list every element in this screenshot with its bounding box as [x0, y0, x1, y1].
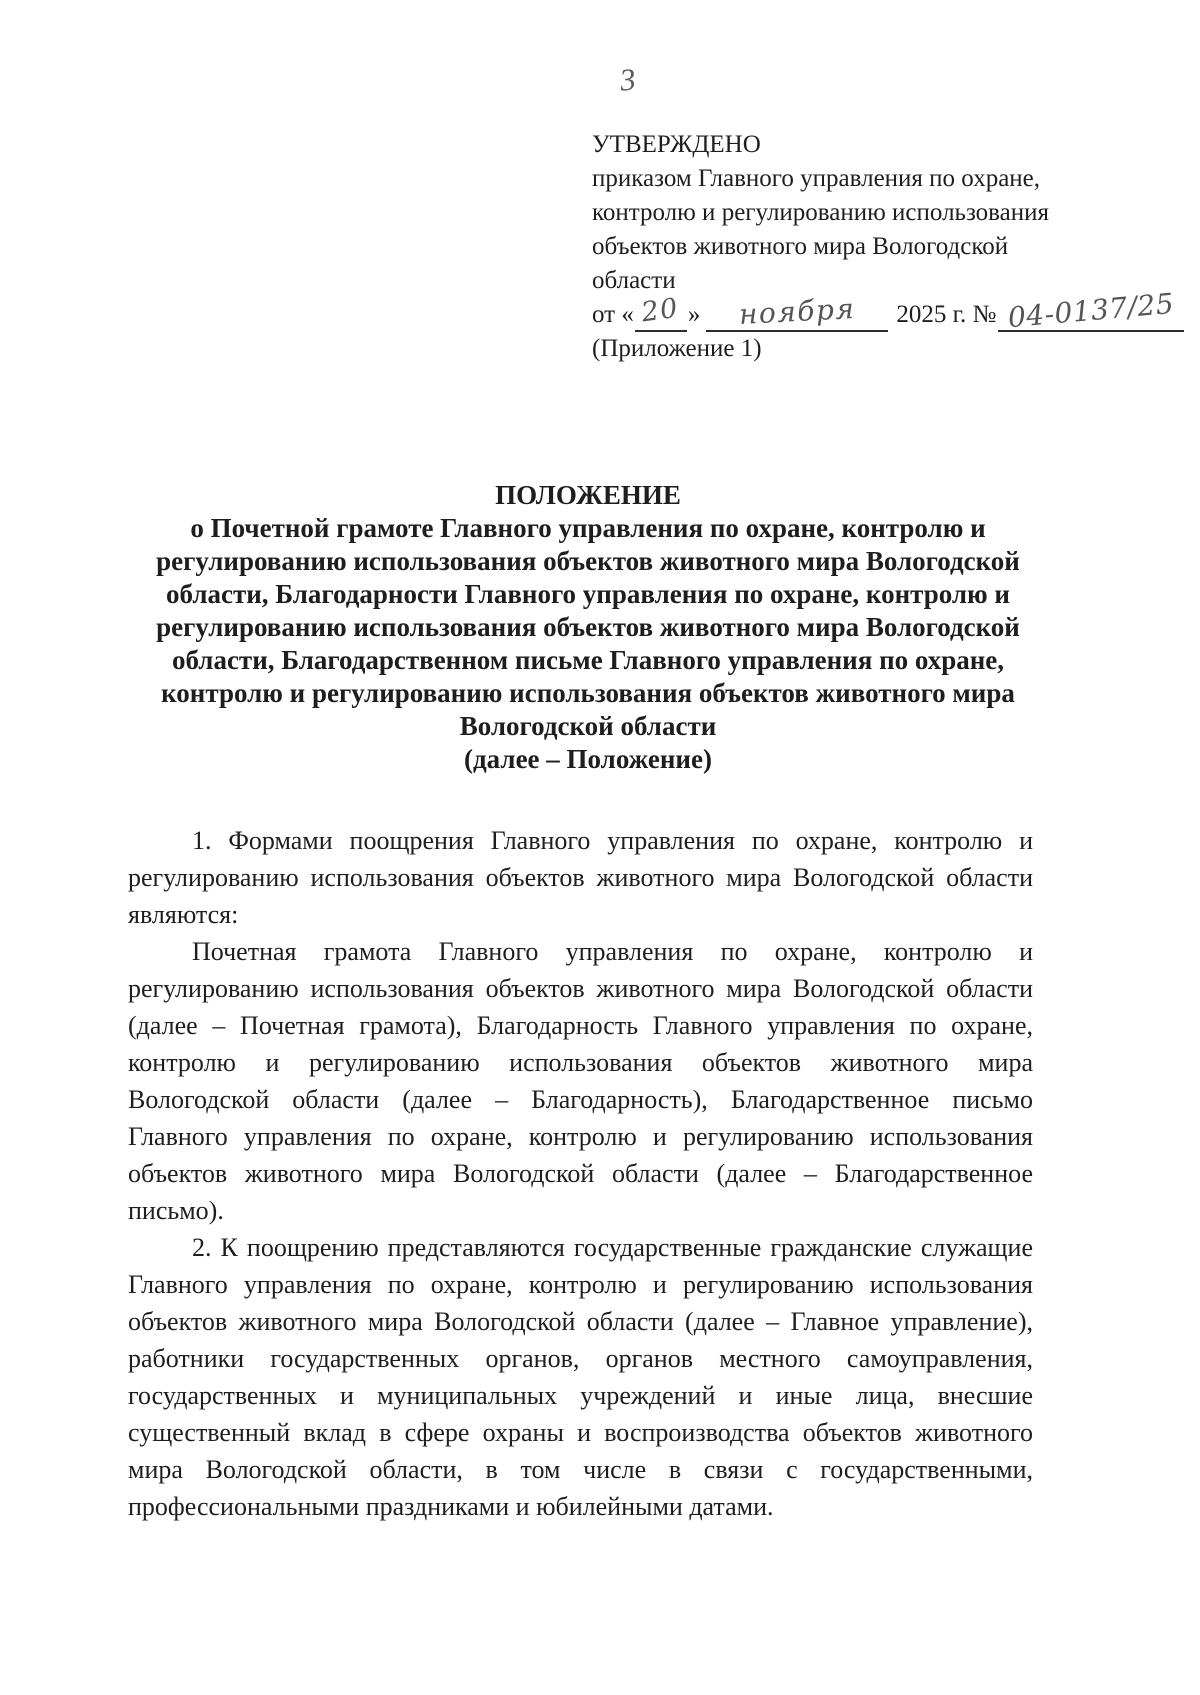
text-line: 2. К поощрению представляются государств…: [128, 1229, 1033, 1266]
date-close-quote: »: [688, 301, 701, 328]
text-line: регулированию использования объектов жив…: [128, 859, 1033, 896]
text-line: объектов животного мира Вологодской обла…: [128, 1155, 1033, 1192]
text-line: существенный вклад в сфере охраны и восп…: [128, 1414, 1033, 1451]
text-line: являются:: [128, 896, 1033, 933]
date-day-blank: 20: [635, 299, 687, 332]
date-year-label: 2025 г. №: [896, 301, 996, 328]
text-line: контролю и регулированию использования: [592, 196, 1152, 230]
text-line: Вологодской области (далее – Благодарнос…: [128, 1081, 1033, 1118]
body-text: 1. Формами поощрения Главного управления…: [128, 822, 1033, 1525]
text-line: Главного управления по охране, контролю …: [128, 1266, 1033, 1303]
document-page: 3 УТВЕРЖДЕНОприказом Главного управления…: [0, 0, 1200, 1695]
text-line: регулированию использования объектов жив…: [128, 611, 1048, 644]
text-line: Главного управления по охране, контролю …: [128, 1118, 1033, 1155]
doc-title: ПОЛОЖЕНИЕ: [128, 479, 1048, 512]
handwritten-day: 20: [640, 294, 681, 329]
text-line: Почетная грамота Главного управления по …: [128, 933, 1033, 970]
text-line: регулированию использования объектов жив…: [128, 545, 1048, 578]
text-line: государственных и муниципальных учрежден…: [128, 1377, 1033, 1414]
text-line: 1. Формами поощрения Главного управления…: [128, 822, 1033, 859]
text-line: объектов животного мира Вологодской обла…: [128, 1303, 1033, 1340]
approval-date-line: от «20»ноября2025 г. №04-0137/25: [592, 298, 1152, 332]
text-line: о Почетной грамоте Главного управления п…: [128, 512, 1048, 545]
text-line: области, Благодарственном письме Главног…: [128, 644, 1048, 677]
approval-block: УТВЕРЖДЕНОприказом Главного управления п…: [592, 128, 1152, 366]
text-line: контролю и регулированию использования о…: [128, 677, 1048, 710]
date-month-blank: ноября: [706, 298, 888, 332]
text-line: (далее – Почетная грамота), Благодарност…: [128, 1007, 1033, 1044]
text-line: объектов животного мира Вологодской: [592, 230, 1152, 264]
approval-lines: УТВЕРЖДЕНОприказом Главного управления п…: [592, 128, 1152, 298]
text-line: приказом Главного управления по охране,: [592, 162, 1152, 196]
title-block: ПОЛОЖЕНИЕ о Почетной грамоте Главного уп…: [128, 479, 1048, 776]
text-line: мира Вологодской области, в том числе в …: [128, 1451, 1033, 1488]
doc-subtitle: о Почетной грамоте Главного управления п…: [128, 512, 1048, 776]
appendix-note: (Приложение 1): [592, 332, 1152, 366]
text-line: (далее – Положение): [128, 743, 1048, 776]
page-number: 3: [618, 61, 637, 98]
text-line: письмо).: [128, 1192, 1033, 1229]
date-prefix: от «: [592, 301, 634, 328]
handwritten-month: ноября: [738, 294, 856, 330]
date-number-blank: 04-0137/25: [998, 298, 1184, 332]
text-line: УТВЕРЖДЕНО: [592, 128, 1152, 162]
text-line: регулированию использования объектов жив…: [128, 970, 1033, 1007]
text-line: области, Благодарности Главного управлен…: [128, 578, 1048, 611]
text-line: профессиональными праздниками и юбилейны…: [128, 1488, 1033, 1525]
text-line: Вологодской области: [128, 710, 1048, 743]
text-line: работники государственных органов, орган…: [128, 1340, 1033, 1377]
text-line: контролю и регулированию использования о…: [128, 1044, 1033, 1081]
